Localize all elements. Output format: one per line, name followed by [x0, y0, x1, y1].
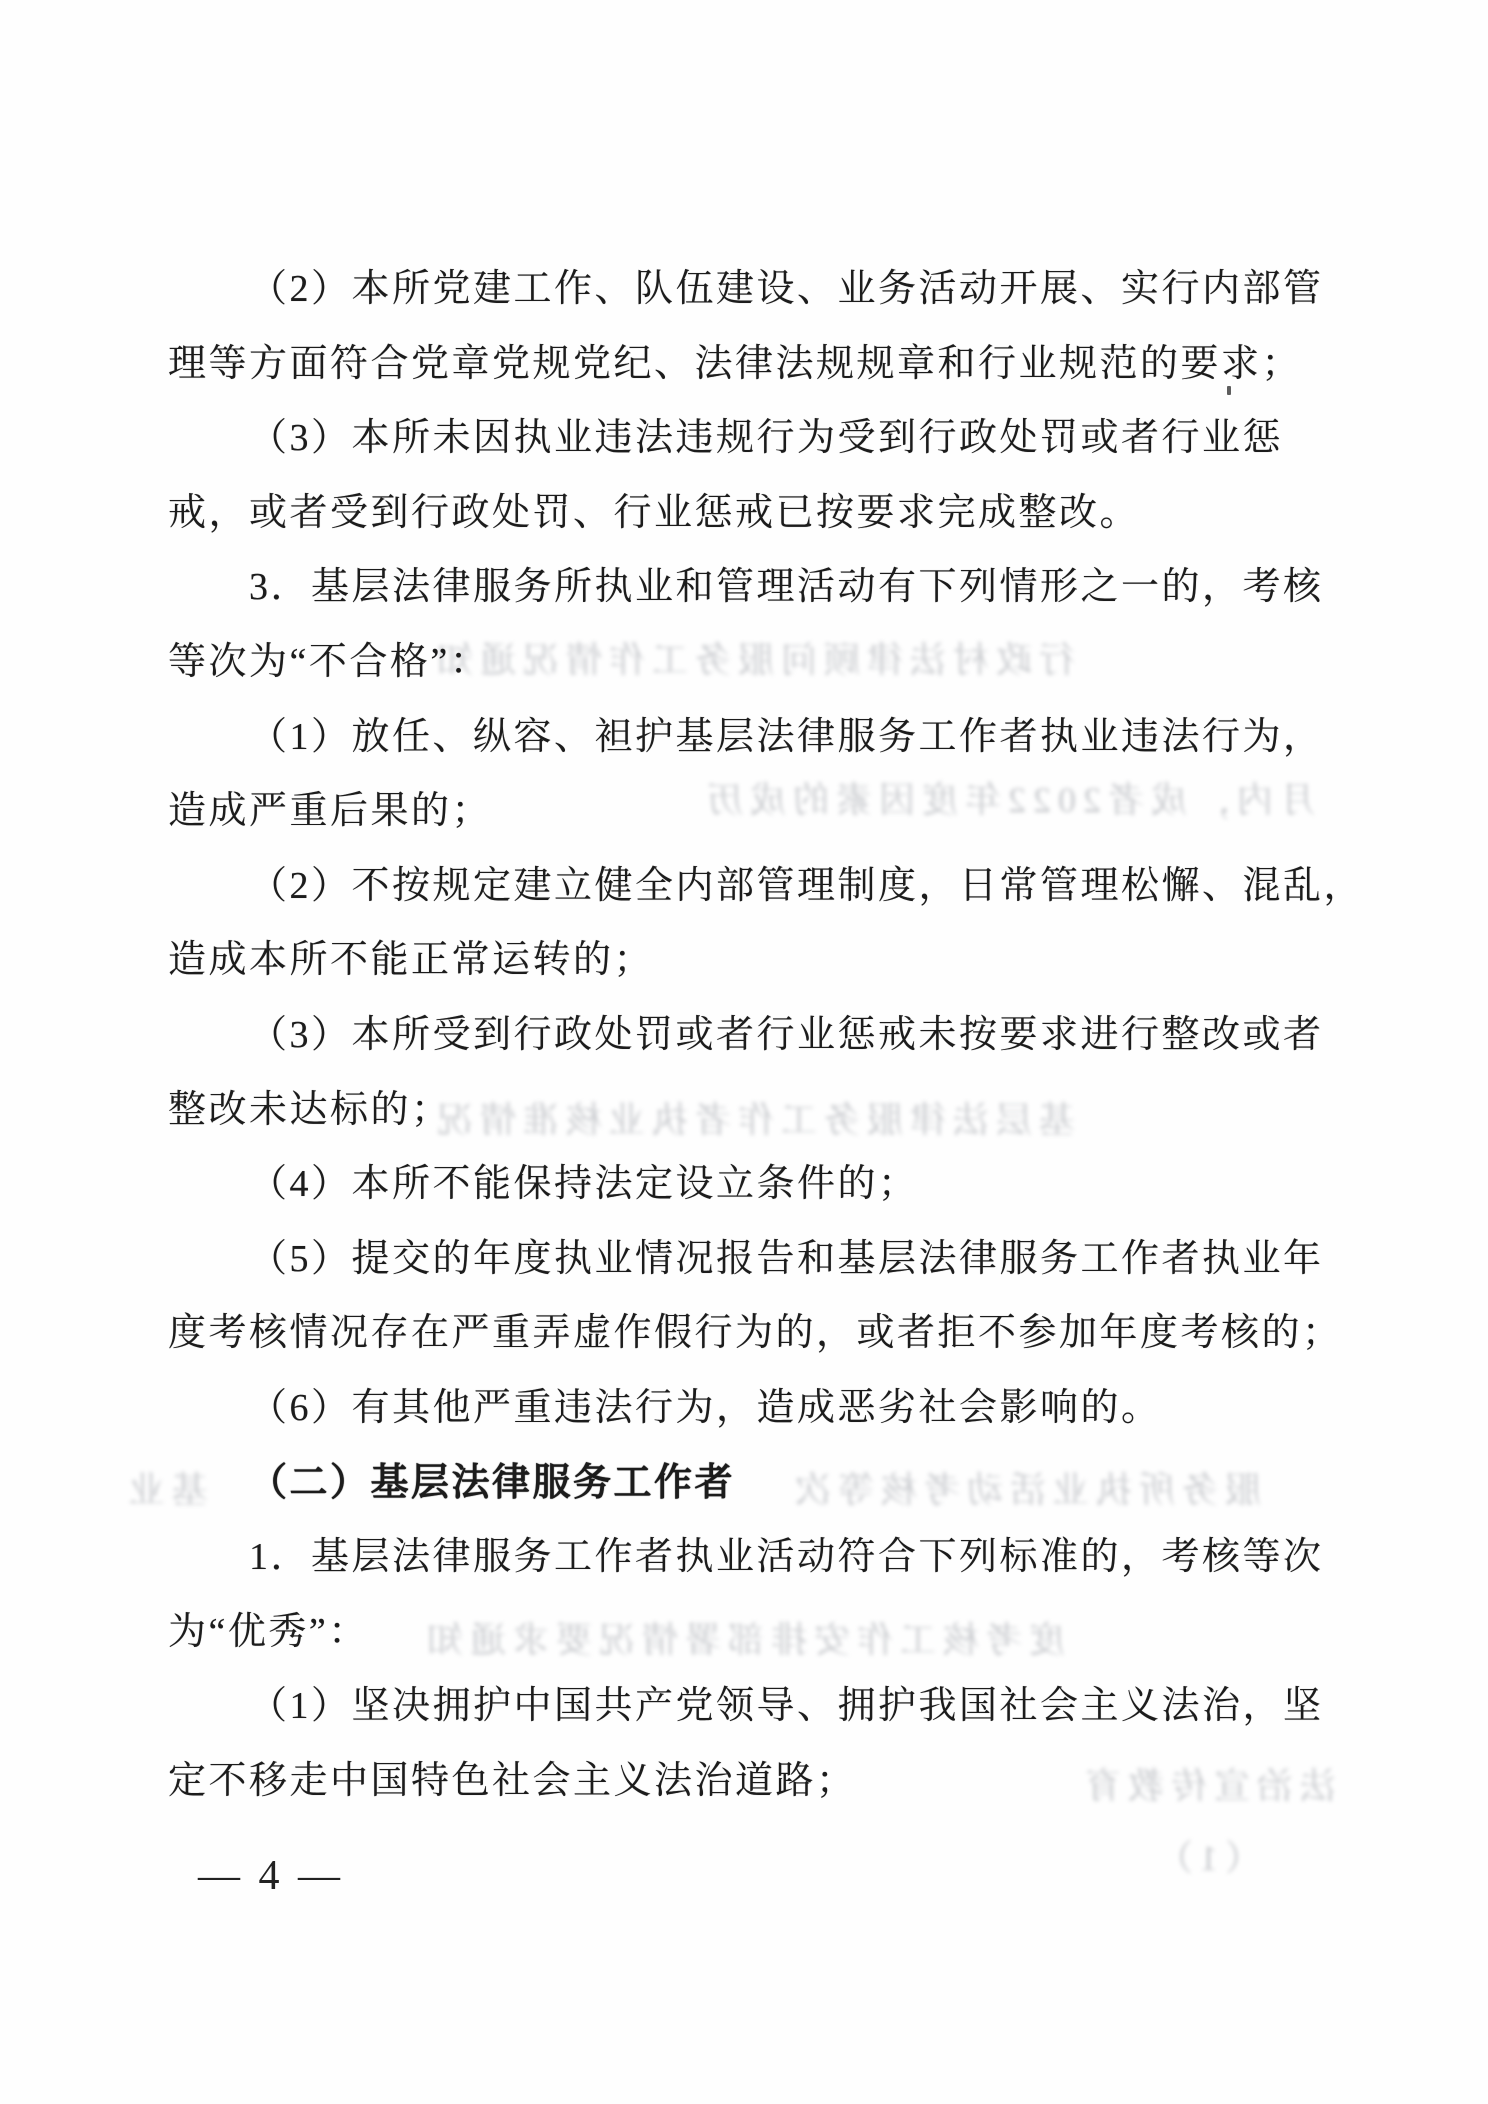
text-line: （6）有其他严重违法行为，造成恶劣社会影响的。	[168, 1371, 1408, 1446]
text-line: （2）不按规定建立健全内部管理制度，日常管理松懈、混乱，	[168, 849, 1408, 924]
scanned-document-page: 行政村法律顾问服务工作情况通知 月内，成者2022年度因素的成历 基层法律服务工…	[0, 0, 1488, 2104]
text-line: （1）坚决拥护中国共产党领导、拥护我国社会主义法治，坚	[168, 1669, 1408, 1744]
page-number: — 4 —	[198, 1852, 344, 1900]
text-line: 等次为“不合格”：	[168, 625, 1408, 700]
text-line: 1．基层法律服务工作者执业活动符合下列标准的，考核等次	[168, 1520, 1408, 1595]
text-line: 理等方面符合党章党规党纪、法律法规规章和行业规范的要求；	[168, 327, 1408, 402]
text-line: 度考核情况存在严重弄虚作假行为的，或者拒不参加年度考核的；	[168, 1296, 1408, 1371]
text-line: 造成本所不能正常运转的；	[168, 923, 1408, 998]
text-line: （3）本所未因执业违法违规行为受到行政处罚或者行业惩	[168, 401, 1408, 476]
text-line: （二）基层法律服务工作者	[168, 1446, 1408, 1521]
text-line: 3．基层法律服务所执业和管理活动有下列情形之一的，考核	[168, 550, 1408, 625]
text-line: 为“优秀”：	[168, 1595, 1408, 1670]
text-line: （3）本所受到行政处罚或者行业惩戒未按要求进行整改或者	[168, 998, 1408, 1073]
text-line: 整改未达标的；	[168, 1073, 1408, 1148]
text-line: 定不移走中国特色社会主义法治道路；	[168, 1744, 1408, 1819]
text-line: （4）本所不能保持法定设立条件的；	[168, 1147, 1408, 1222]
text-line: （2）本所党建工作、队伍建设、业务活动开展、实行内部管	[168, 252, 1408, 327]
text-line: 戒，或者受到行政处罚、行业惩戒已按要求完成整改。	[168, 476, 1408, 551]
bleedthrough-artifact: （1）	[1150, 1830, 1261, 1881]
text-line: （5）提交的年度执业情况报告和基层法律服务工作者执业年	[168, 1222, 1408, 1297]
text-line: （1）放任、纵容、袒护基层法律服务工作者执业违法行为，	[168, 700, 1408, 775]
text-line: 造成严重后果的；	[168, 774, 1408, 849]
document-body: （2）本所党建工作、队伍建设、业务活动开展、实行内部管理等方面符合党章党规党纪、…	[168, 252, 1408, 1818]
